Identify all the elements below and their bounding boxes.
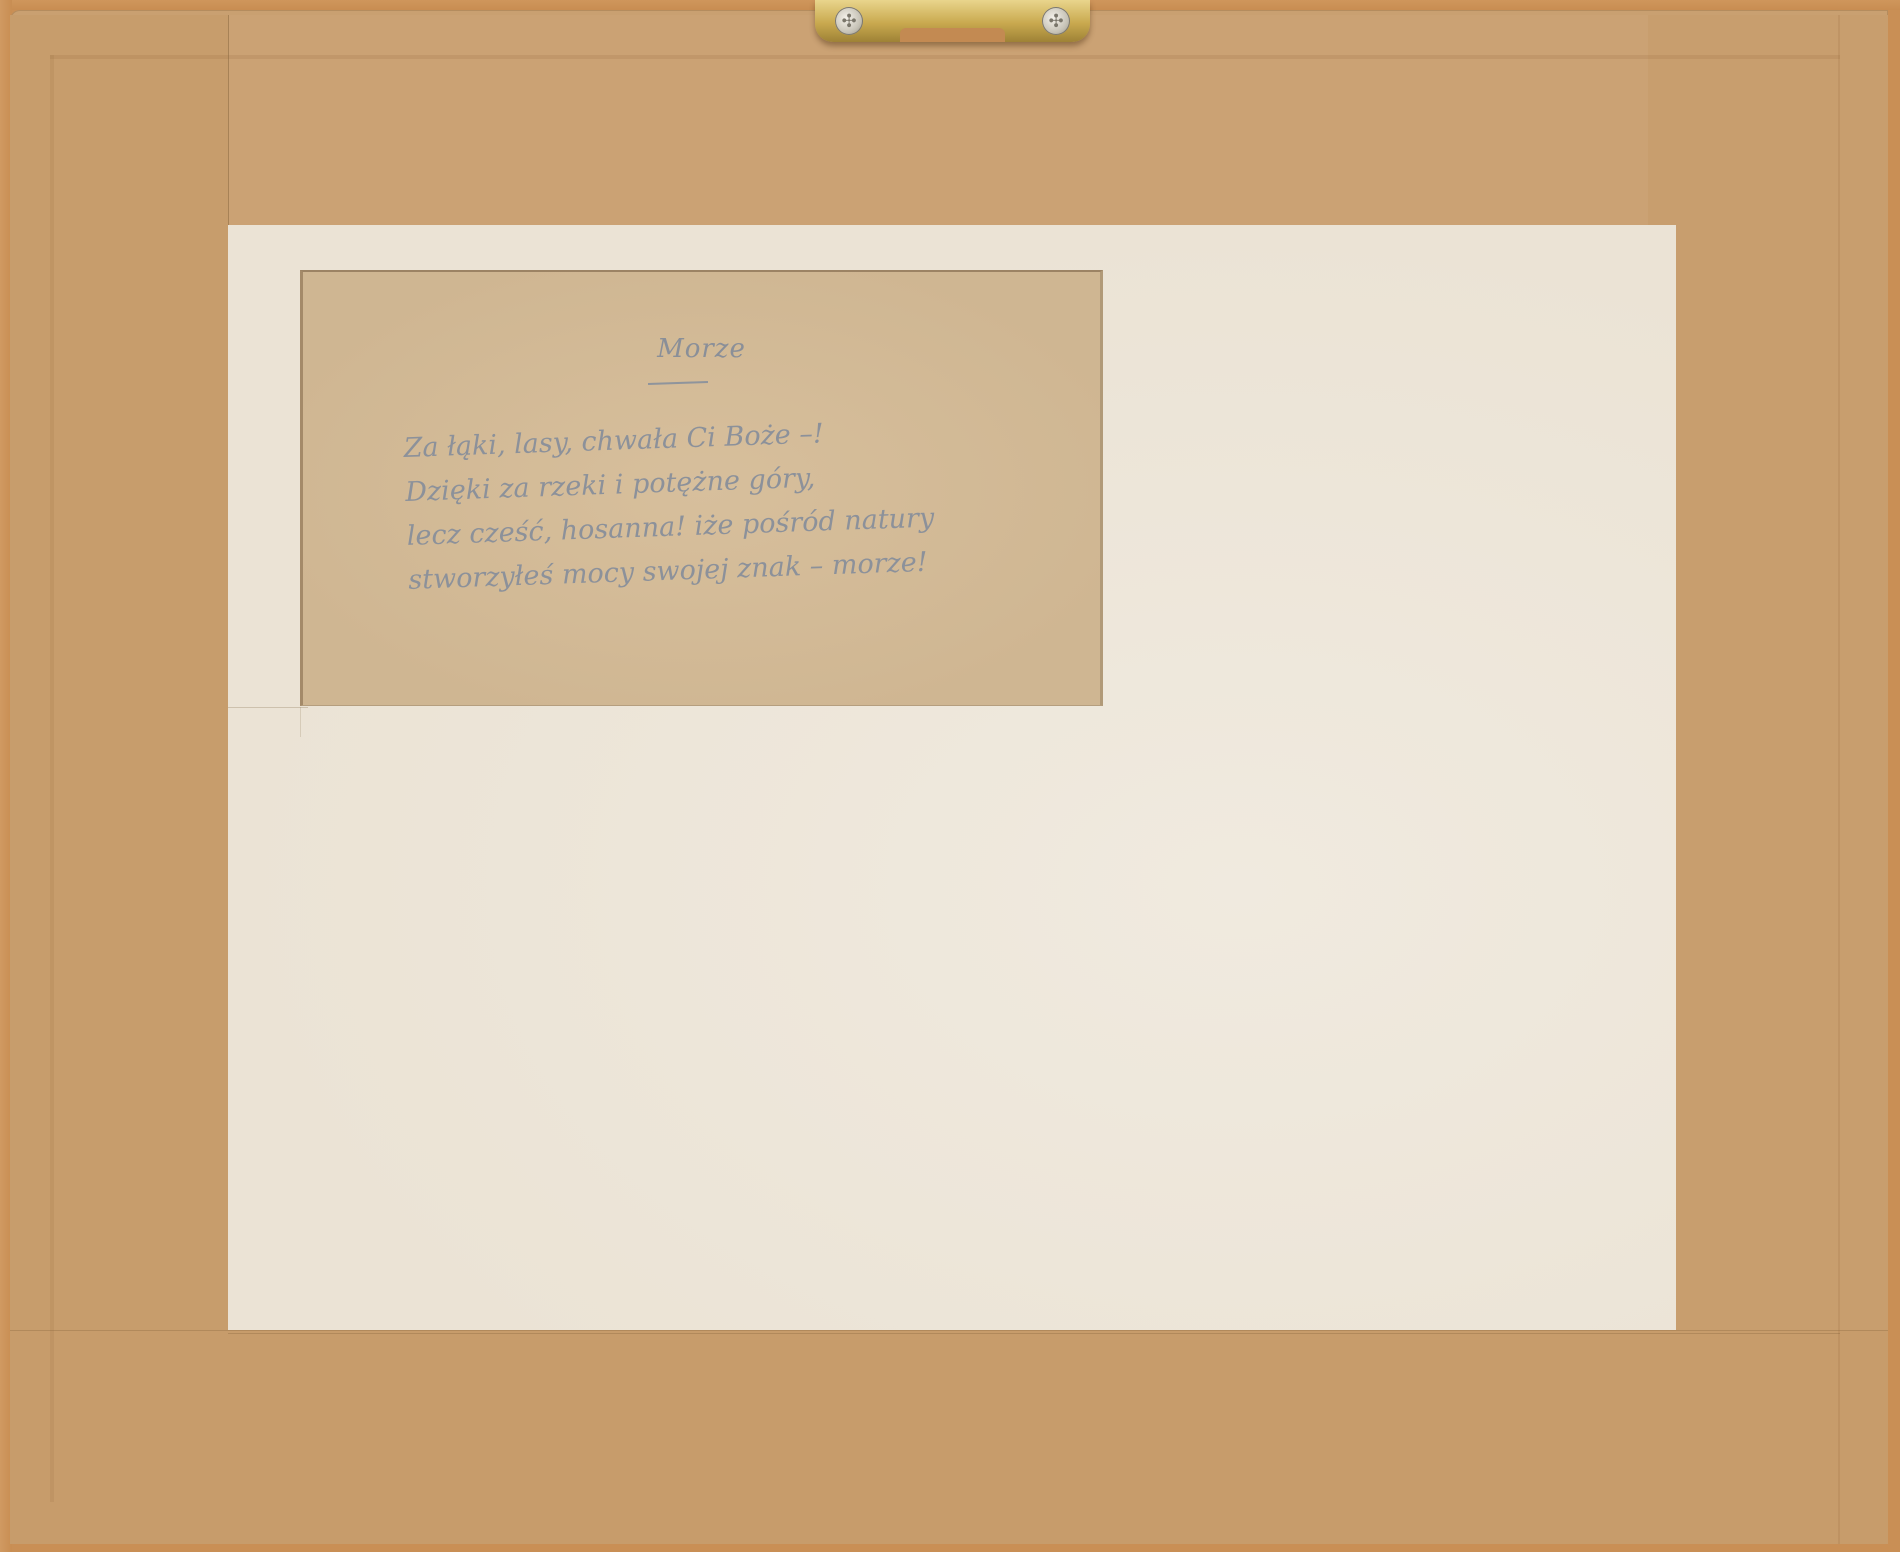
- tape-seam-bottom: [228, 1333, 1840, 1334]
- mount-crease: [228, 707, 308, 708]
- tape-strip-bottom: [10, 1330, 1888, 1544]
- screw-icon: ✣: [1042, 7, 1070, 35]
- tape-strip-left: [10, 15, 229, 1544]
- note-title-underline: [648, 381, 708, 385]
- frame-rabbet-line-top: [50, 55, 1840, 59]
- hanger-notch: [900, 28, 1005, 42]
- brass-hanger: ✣ ✣: [815, 0, 1090, 42]
- note-title: Morze: [303, 334, 1100, 364]
- frame-rabbet-line-right: [1838, 15, 1840, 1544]
- tape-strip-top: [10, 15, 1888, 226]
- frame-rabbet-line-left: [50, 55, 54, 1502]
- handwritten-note-card: Morze Za łąki, lasy, chwała Ci Boże –! D…: [300, 270, 1103, 706]
- tape-strip-right: [1648, 15, 1888, 1544]
- screw-icon: ✣: [835, 7, 863, 35]
- poem-text: Za łąki, lasy, chwała Ci Boże –! Dzięki …: [403, 405, 1029, 603]
- mount-crease-vertical: [300, 707, 301, 737]
